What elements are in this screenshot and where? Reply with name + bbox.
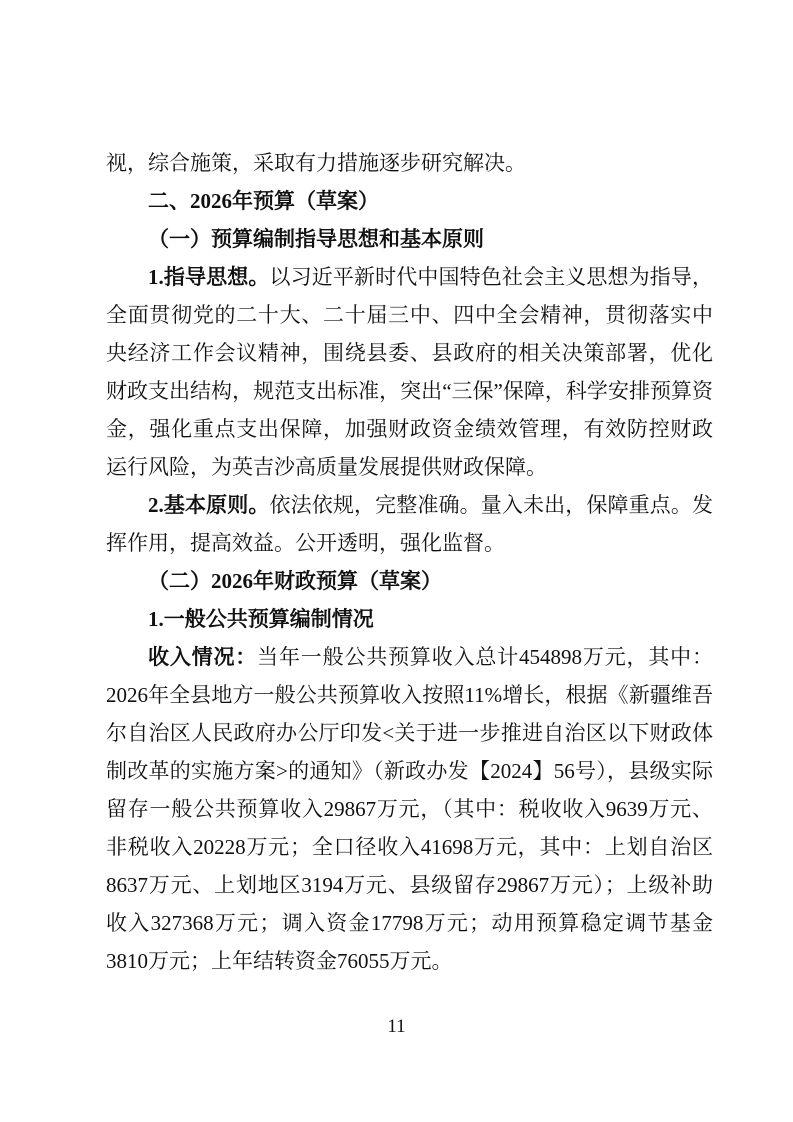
heading-text: （二）2026年财政预算（草案） (148, 569, 442, 593)
paragraph-lead: 1.指导思想。 (148, 265, 270, 289)
paragraph-text: 以习近平新时代中国特色社会主义思想为指导，全面贯彻党的二十大、二十届三中、四中全… (106, 265, 713, 479)
heading-text: （一）预算编制指导思想和基本原则 (148, 227, 484, 251)
document-body: 视，综合施策，采取有力措施逐步研究解决。 二、2026年预算（草案） （一）预算… (106, 144, 713, 980)
guiding-ideology-paragraph: 1.指导思想。以习近平新时代中国特色社会主义思想为指导，全面贯彻党的二十大、二十… (106, 258, 713, 486)
paragraph-text: 视，综合施策，采取有力措施逐步研究解决。 (106, 151, 526, 175)
subsection-heading-guiding-principles: （一）预算编制指导思想和基本原则 (106, 220, 713, 258)
paragraph-lead: 2.基本原则。 (148, 493, 270, 517)
subsection-heading-general-public-budget: 1.一般公共预算编制情况 (106, 600, 713, 638)
page-number: 11 (0, 1012, 793, 1042)
heading-text: 二、2026年预算（草案） (148, 189, 379, 213)
section-heading-budget-draft: 二、2026年预算（草案） (106, 182, 713, 220)
heading-text: 1.一般公共预算编制情况 (148, 607, 374, 631)
revenue-situation-paragraph: 收入情况：当年一般公共预算收入总计454898万元，其中：2026年全县地方一般… (106, 638, 713, 980)
paragraph-lead: 收入情况： (148, 645, 257, 669)
basic-principles-paragraph: 2.基本原则。依法依规，完整准确。量入未出，保障重点。发挥作用，提高效益。公开透… (106, 486, 713, 562)
document-page: 视，综合施策，采取有力措施逐步研究解决。 二、2026年预算（草案） （一）预算… (0, 0, 793, 1122)
paragraph-text: 当年一般公共预算收入总计454898万元，其中：2026年全县地方一般公共预算收… (106, 645, 713, 973)
continuation-paragraph: 视，综合施策，采取有力措施逐步研究解决。 (106, 144, 713, 182)
subsection-heading-fiscal-budget: （二）2026年财政预算（草案） (106, 562, 713, 600)
